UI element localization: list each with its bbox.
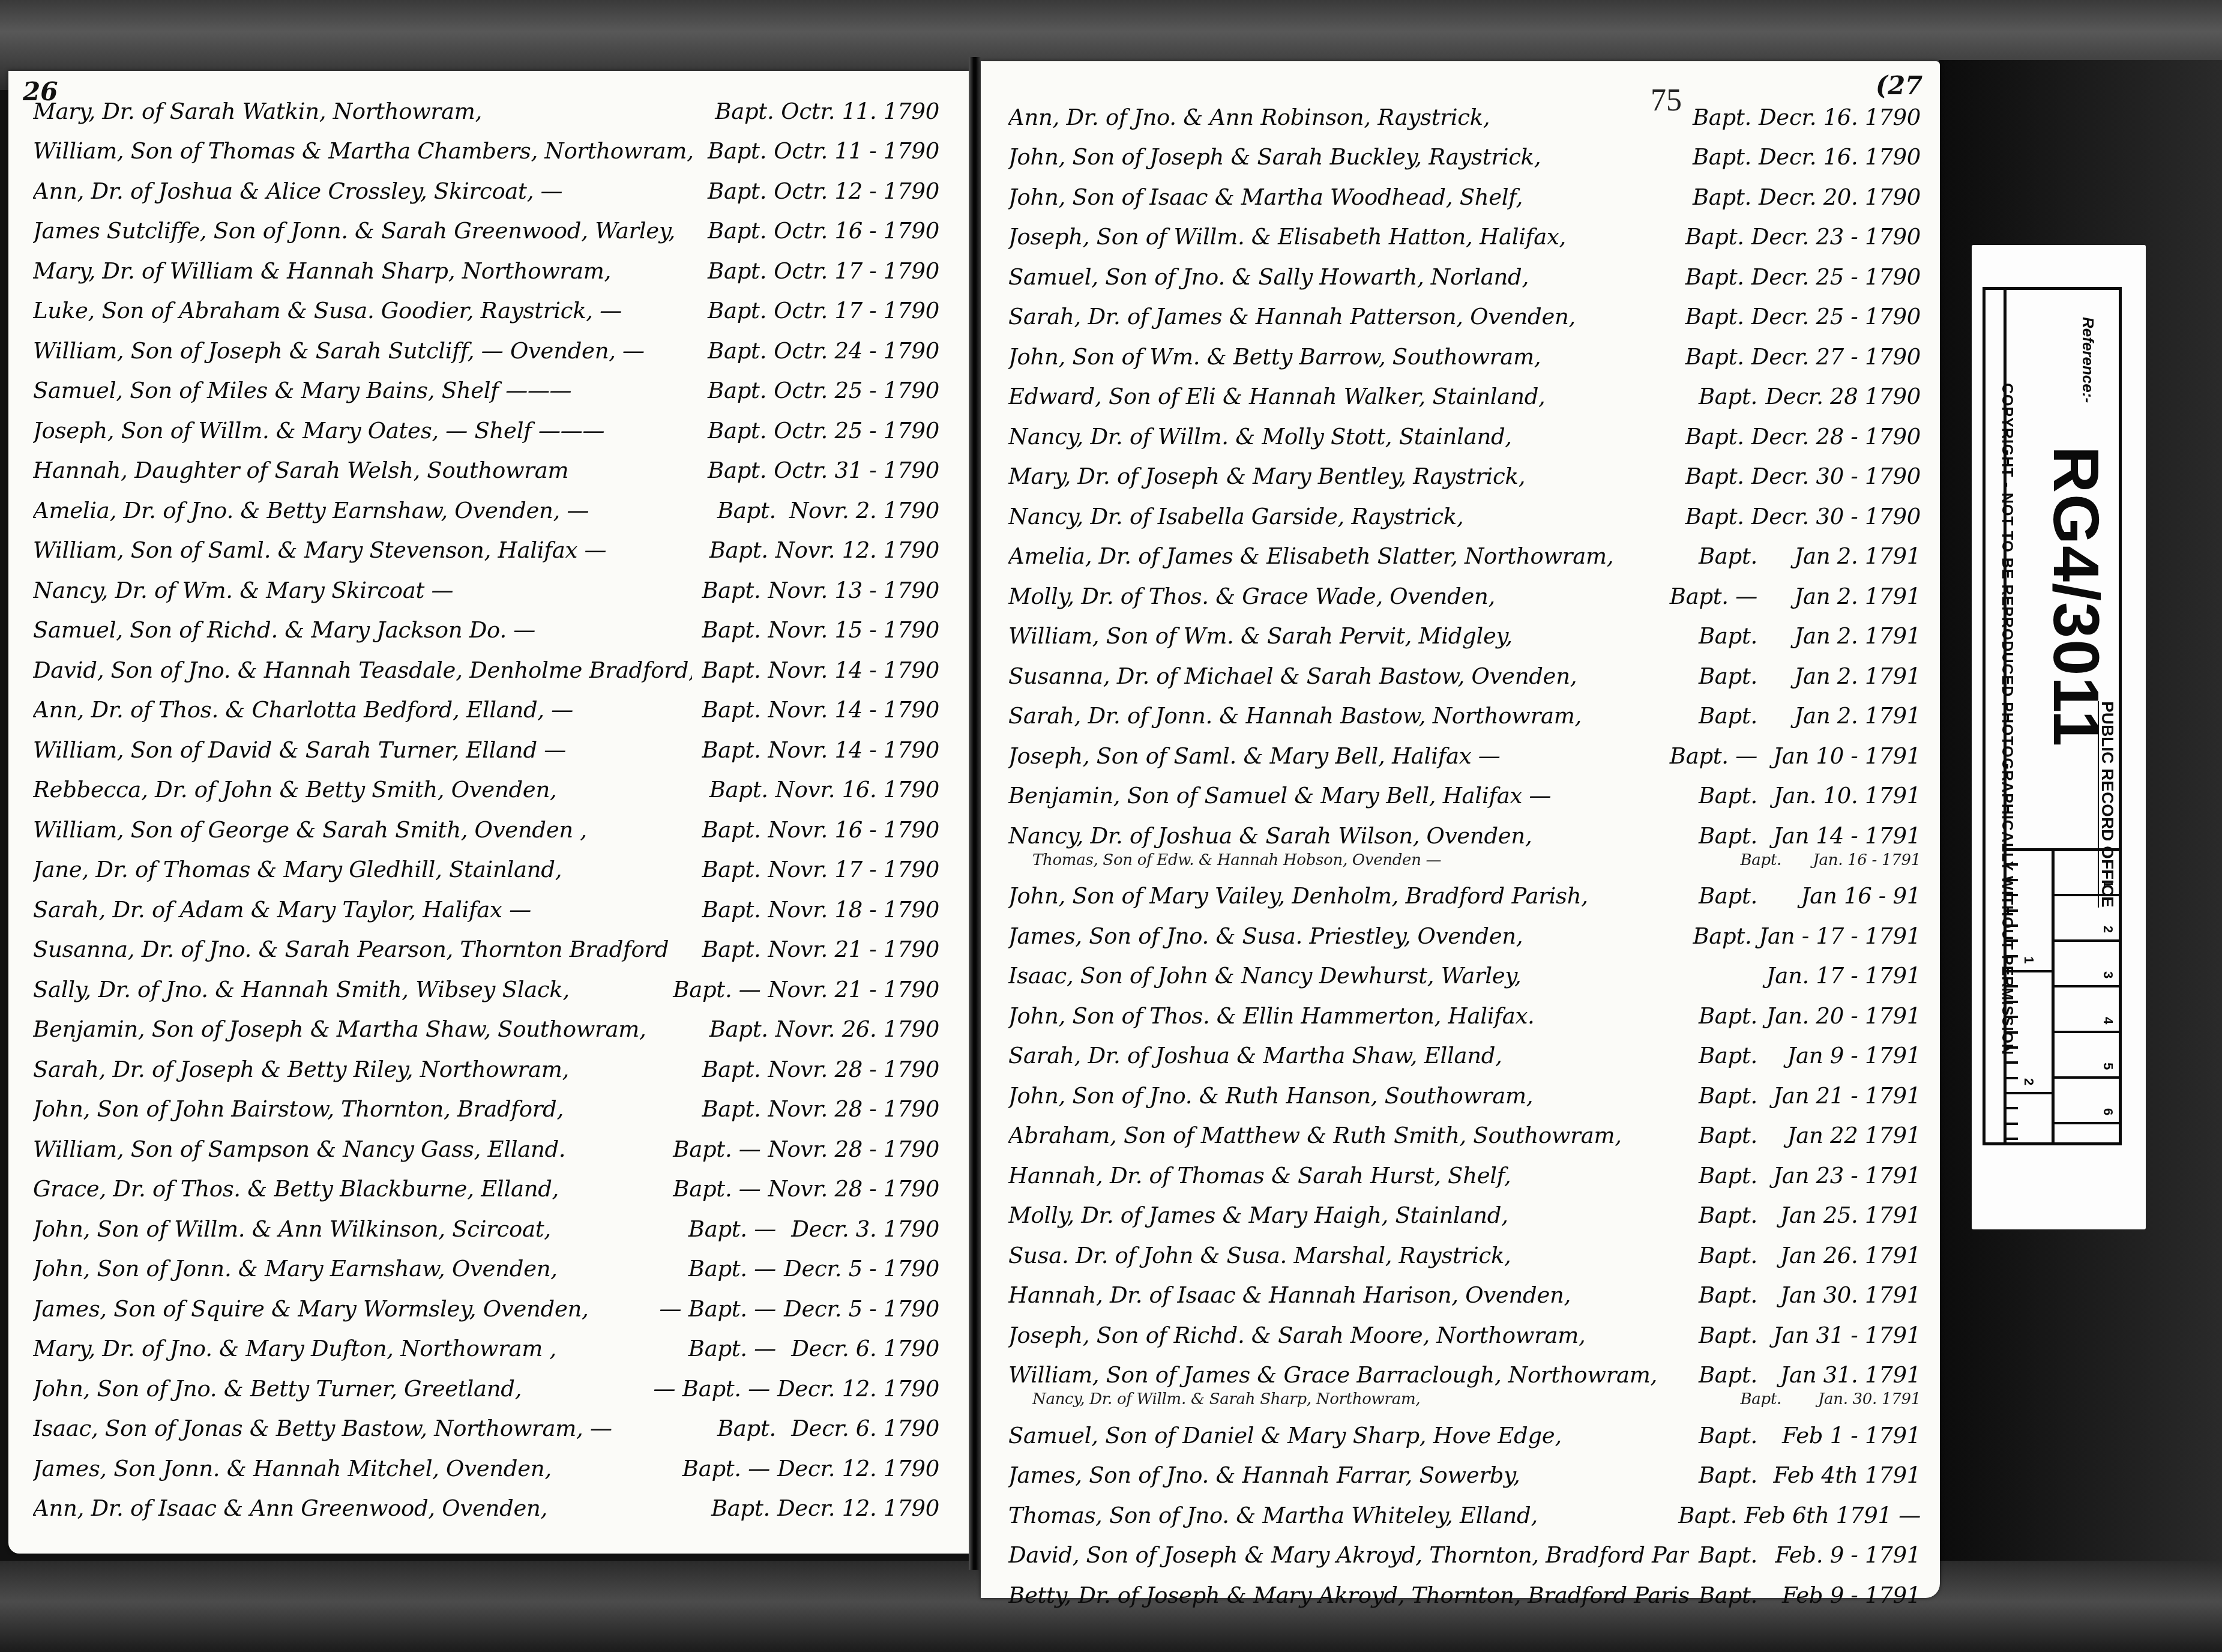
register-entry: Joseph, Son of Richd. & Sarah Moore, Nor… <box>1008 1308 1921 1348</box>
baptized-label: Bapt. <box>708 457 766 483</box>
baptized-label: Bapt. <box>1685 344 1744 370</box>
entry-text: William, Son of Thomas & Martha Chambers… <box>33 138 698 164</box>
register-entry: William, Son of Thomas & Martha Chambers… <box>33 124 939 164</box>
baptized-label: Bapt. <box>708 378 766 403</box>
baptism-date: Novr. 2. 1790 <box>783 498 939 523</box>
entry-text: Edward, Son of Eli & Hannah Walker, Stai… <box>1008 384 1689 409</box>
register-entry: Ann, Dr. of Isaac & Ann Greenwood, Ovend… <box>33 1482 939 1522</box>
baptism-date: Decr. 6. 1790 <box>783 1336 939 1361</box>
register-entry: William, Son of George & Sarah Smith, Ov… <box>33 803 939 843</box>
entry-text: Isaac, Son of Jonas & Betty Bastow, Nort… <box>33 1415 708 1441</box>
baptized-label: Bapt. <box>1699 1003 1757 1029</box>
baptized-label: Bapt. <box>1693 104 1751 130</box>
entry-text: Rebbecca, Dr. of John & Betty Smith, Ove… <box>33 777 700 803</box>
baptism-date: Jan 2. 1791 <box>1765 703 1921 729</box>
ruler-minor-tick <box>2004 1123 2018 1125</box>
register-entry: Betty, Dr. of Joseph & Mary Akroyd, Thor… <box>1008 1568 1921 1608</box>
register-entry: Joseph, Son of Willm. & Mary Oates, — Sh… <box>33 403 939 444</box>
baptism-date: Jan 30. 1791 <box>1765 1282 1921 1308</box>
baptism-date: Jan. 10. 1791 <box>1765 783 1921 809</box>
entry-text: John, Son of Jno. & Ruth Hanson, Southow… <box>1008 1083 1689 1109</box>
baptism-date: Octr. 17 - 1790 <box>774 298 939 324</box>
entry-text: Nancy, Dr. of Joshua & Sarah Wilson, Ove… <box>1008 823 1689 849</box>
baptized-label: Bapt. <box>711 1495 770 1521</box>
baptized-label: Bapt. <box>702 1057 760 1082</box>
baptized-label: Bapt. — <box>688 1216 776 1242</box>
entry-text: Benjamin, Son of Samuel & Mary Bell, Hal… <box>1008 783 1689 809</box>
baptized-label: Bapt. <box>708 298 766 324</box>
entry-text: Grace, Dr. of Thos. & Betty Blackburne, … <box>33 1176 663 1202</box>
entry-text: Luke, Son of Abraham & Susa. Goodier, Ra… <box>33 298 698 324</box>
entry-text: William, Son of Saml. & Mary Stevenson, … <box>33 537 700 563</box>
baptism-date: Novr. 14 - 1790 <box>768 697 939 723</box>
register-entry: John, Son of Willm. & Ann Wilkinson, Sci… <box>33 1202 939 1242</box>
baptized-label: Bapt. <box>1685 224 1744 250</box>
baptism-date: Octr. 11 - 1790 <box>774 138 939 164</box>
baptism-date: Novr. 28 - 1790 <box>768 1136 939 1162</box>
baptized-label: Bapt. <box>702 1096 760 1122</box>
entry-text: Sarah, Dr. of Adam & Mary Taylor, Halifa… <box>33 897 692 923</box>
baptized-label: Bapt. <box>708 258 766 284</box>
register-entry: Mary, Dr. of Sarah Watkin, Northowram,Ba… <box>33 84 939 124</box>
register-entry: Molly, Dr. of Thos. & Grace Wade, Ovende… <box>1008 569 1921 609</box>
ruler-minor-tick <box>2004 1031 2018 1034</box>
baptized-label: Bapt. <box>1685 504 1744 529</box>
ruler-minor-tick <box>2004 1046 2018 1049</box>
register-entry: Susanna, Dr. of Jno. & Sarah Pearson, Th… <box>33 923 939 963</box>
baptism-date: Feb 6th 1791 — <box>1744 1503 1921 1528</box>
baptism-date: Jan 2. 1791 <box>1765 663 1921 689</box>
baptized-label: Bapt. <box>1699 1542 1757 1568</box>
baptism-date: Decr. 16. 1790 <box>1759 104 1921 130</box>
register-entry: Sarah, Dr. of Joshua & Martha Shaw, Ella… <box>1008 1029 1921 1069</box>
baptized-label: Bapt. <box>1699 1322 1757 1348</box>
baptism-date: Novr. 28 - 1790 <box>768 1057 939 1082</box>
book-gutter <box>969 57 981 1570</box>
baptism-date: Octr. 31 - 1790 <box>774 457 939 483</box>
register-entry: Rebbecca, Dr. of John & Betty Smith, Ove… <box>33 763 939 803</box>
reference-caption: Reference:- <box>2079 317 2097 403</box>
register-entry: John, Son of Mary Vailey, Denholm, Bradf… <box>1008 869 1921 909</box>
baptism-date: Novr. 12. 1790 <box>775 537 939 563</box>
baptism-date: Decr. 25 - 1790 <box>1751 264 1921 290</box>
entry-text: Ann, Dr. of Jno. & Ann Robinson, Raystri… <box>1008 104 1683 130</box>
entry-text: Joseph, Son of Willm. & Mary Oates, — Sh… <box>33 418 698 444</box>
ruler-cm-label: 4 <box>2100 1017 2116 1024</box>
entry-text: William, Son of James & Grace Barracloug… <box>1008 1362 1689 1388</box>
baptism-date: Novr. 21 - 1790 <box>768 936 939 962</box>
entry-text: Hannah, Dr. of Isaac & Hannah Harison, O… <box>1008 1282 1689 1308</box>
register-entry: Ann, Dr. of Joshua & Alice Crossley, Ski… <box>33 164 939 204</box>
baptized-label: Bapt. <box>708 138 766 164</box>
baptized-label: Bapt. — <box>682 1456 770 1482</box>
entry-text: John, Son of Mary Vailey, Denholm, Bradf… <box>1008 883 1689 909</box>
register-entry: William, Son of Sampson & Nancy Gass, El… <box>33 1122 939 1162</box>
register-entry: Samuel, Son of Miles & Mary Bains, Shelf… <box>33 364 939 404</box>
baptized-label: Bapt. <box>1693 144 1751 170</box>
register-entry: Nancy, Dr. of Willm. & Sarah Sharp, Nort… <box>1008 1388 1921 1408</box>
entry-text: Amelia, Dr. of Jno. & Betty Earnshaw, Ov… <box>33 498 708 523</box>
entry-text: Nancy, Dr. of Isabella Garside, Raystric… <box>1008 504 1676 529</box>
baptism-date: Jan. 17 - 1791 <box>1765 963 1921 989</box>
baptism-date: Novr. 28 - 1790 <box>768 1096 939 1122</box>
baptized-label: Bapt. <box>1699 1582 1757 1608</box>
baptized-label: Bapt. <box>702 936 760 962</box>
baptized-label: Bapt. <box>1699 1123 1757 1148</box>
entry-text: Susa. Dr. of John & Susa. Marshal, Rayst… <box>1008 1243 1689 1268</box>
register-entry: Joseph, Son of Willm. & Elisabeth Hatton… <box>1008 210 1921 250</box>
baptized-label: Bapt. <box>1699 823 1757 849</box>
ruler-cm-tick <box>2052 985 2122 987</box>
entry-text: James, Son of Squire & Mary Wormsley, Ov… <box>33 1296 650 1322</box>
ruler-cm-tick <box>2052 1076 2122 1079</box>
ruler-divider <box>2052 848 2055 1145</box>
baptism-date: Decr. 25 - 1790 <box>1751 304 1921 330</box>
baptized-label: — Bapt. — <box>654 1376 770 1402</box>
baptism-date: Novr. 18 - 1790 <box>768 897 939 923</box>
ruler-cm-label: 1 <box>2100 880 2116 887</box>
baptized-label: Bapt. — <box>673 1136 760 1162</box>
register-entry: David, Son of Joseph & Mary Akroyd, Thor… <box>1008 1528 1921 1569</box>
baptized-label: Bapt. <box>1685 304 1744 330</box>
register-entry: Isaac, Son of Jonas & Betty Bastow, Nort… <box>33 1402 939 1442</box>
baptism-date: Octr. 12 - 1790 <box>774 178 939 204</box>
entry-text: John, Son of Joseph & Sarah Buckley, Ray… <box>1008 144 1683 170</box>
baptism-date: Jan 16 - 91 <box>1765 883 1921 909</box>
baptized-label: — Bapt. — <box>660 1296 776 1322</box>
baptized-label: Bapt. <box>1678 1503 1737 1528</box>
baptism-date: Novr. 16. 1790 <box>775 777 939 803</box>
baptized-label: Bapt. <box>708 218 766 244</box>
register-entry: Samuel, Son of Jno. & Sally Howarth, Nor… <box>1008 250 1921 290</box>
register-entry: Ann, Dr. of Jno. & Ann Robinson, Raystri… <box>1008 90 1921 130</box>
entry-text: Benjamin, Son of Joseph & Martha Shaw, S… <box>33 1016 700 1042</box>
register-entry: Susanna, Dr. of Michael & Sarah Bastow, … <box>1008 649 1921 689</box>
entry-text: William, Son of George & Sarah Smith, Ov… <box>33 817 692 843</box>
register-entry: Samuel, Son of Daniel & Mary Sharp, Hove… <box>1008 1408 1921 1449</box>
entry-text: John, Son of Isaac & Martha Woodhead, Sh… <box>1008 184 1683 210</box>
register-entry: James, Son of Squire & Mary Wormsley, Ov… <box>33 1282 939 1322</box>
entry-text: Jane, Dr. of Thomas & Mary Gledhill, Sta… <box>33 857 692 882</box>
entry-text: Betty, Dr. of Joseph & Mary Akroyd, Thor… <box>1008 1582 1689 1608</box>
entry-text: Nancy, Dr. of Willm. & Sarah Sharp, Nort… <box>1032 1390 1731 1408</box>
register-entry: Hannah, Dr. of Isaac & Hannah Harison, O… <box>1008 1268 1921 1309</box>
baptized-label: Bapt. — <box>1670 583 1757 609</box>
baptized-label: Bapt. — <box>688 1256 776 1282</box>
register-entry: Thomas, Son of Edw. & Hannah Hobson, Ove… <box>1008 849 1921 869</box>
baptism-date: Jan 31 - 1791 <box>1765 1322 1921 1348</box>
right-page-entries: Ann, Dr. of Jno. & Ann Robinson, Raystri… <box>1008 90 1921 1608</box>
baptism-date: Jan. 30. 1791 <box>1789 1390 1921 1408</box>
entry-text: Mary, Dr. of Jno. & Mary Dufton, Northow… <box>33 1336 679 1361</box>
baptism-date: Decr. 23 - 1790 <box>1751 224 1921 250</box>
register-entry: Luke, Son of Abraham & Susa. Goodier, Ra… <box>33 284 939 324</box>
register-entry: Ann, Dr. of Thos. & Charlotta Bedford, E… <box>33 683 939 723</box>
baptism-date: Novr. 14 - 1790 <box>768 657 939 683</box>
register-entry: John, Son of Isaac & Martha Woodhead, Sh… <box>1008 170 1921 210</box>
baptism-date: Jan 2. 1791 <box>1765 543 1921 569</box>
baptized-label: Bapt. <box>1699 1282 1757 1308</box>
baptism-date: Jan 23 - 1791 <box>1765 1163 1921 1189</box>
ruler-minor-tick <box>2004 1077 2018 1079</box>
baptism-date: Jan 2. 1791 <box>1765 623 1921 649</box>
baptism-date: Feb 4th 1791 <box>1765 1462 1921 1488</box>
ruler-minor-tick <box>2004 1001 2018 1003</box>
register-entry: David, Son of Jno. & Hannah Teasdale, De… <box>33 643 939 683</box>
register-entry: Isaac, Son of John & Nancy Dewhurst, War… <box>1008 949 1921 989</box>
register-entry: Mary, Dr. of Jno. & Mary Dufton, Northow… <box>33 1322 939 1362</box>
baptized-label: Bapt. <box>709 537 768 563</box>
baptized-label: Bapt. <box>709 777 768 803</box>
baptism-date: Novr. 16 - 1790 <box>768 817 939 843</box>
register-entry: William, Son of Joseph & Sarah Sutcliff,… <box>33 324 939 364</box>
baptism-date: Decr. 5 - 1790 <box>783 1256 939 1282</box>
baptism-date: Jan 9 - 1791 <box>1765 1043 1921 1069</box>
baptized-label: Bapt. <box>1699 1362 1757 1388</box>
baptized-label: Bapt. — <box>673 977 760 1002</box>
baptized-label: Bapt. <box>702 737 760 763</box>
ruler-cm-tick <box>2052 939 2122 942</box>
ruler-minor-tick <box>2004 909 2018 912</box>
baptism-date: Jan - 17 - 1791 <box>1759 923 1921 949</box>
baptized-label: Bapt. <box>1741 1390 1781 1408</box>
ruler-minor-tick <box>2004 1138 2018 1140</box>
entry-text: Sarah, Dr. of Joshua & Martha Shaw, Ella… <box>1008 1043 1689 1069</box>
baptism-date: Novr. 26. 1790 <box>775 1016 939 1042</box>
baptized-label: Bapt. <box>1699 883 1757 909</box>
baptized-label: Bapt. <box>1699 1462 1757 1488</box>
register-entry: James, Son Jonn. & Hannah Mitchel, Ovend… <box>33 1441 939 1482</box>
baptism-date: Jan 25. 1791 <box>1765 1202 1921 1228</box>
register-entry: Grace, Dr. of Thos. & Betty Blackburne, … <box>33 1162 939 1202</box>
baptized-label: Bapt. <box>717 1415 776 1441</box>
register-entry: John, Son of John Bairstow, Thornton, Br… <box>33 1082 939 1123</box>
baptism-date: Decr. 30 - 1790 <box>1751 463 1921 489</box>
entry-text: Thomas, Son of Edw. & Hannah Hobson, Ove… <box>1032 851 1731 869</box>
register-entry: Sarah, Dr. of Jonn. & Hannah Bastow, Nor… <box>1008 689 1921 729</box>
register-entry: Benjamin, Son of Joseph & Martha Shaw, S… <box>33 1002 939 1043</box>
ruler-minor-tick <box>2004 1016 2018 1018</box>
register-entry: Edward, Son of Eli & Hannah Walker, Stai… <box>1008 370 1921 410</box>
ruler-minor-tick <box>2004 939 2018 942</box>
ruler-top-edge <box>2004 848 2122 851</box>
register-entry: Amelia, Dr. of James & Elisabeth Slatter… <box>1008 529 1921 570</box>
entry-text: Mary, Dr. of William & Hannah Sharp, Nor… <box>33 258 698 284</box>
baptism-date: Jan 21 - 1791 <box>1765 1083 1921 1109</box>
baptism-date: Jan 22 1791 <box>1765 1123 1921 1148</box>
entry-text: Susanna, Dr. of Jno. & Sarah Pearson, Th… <box>33 936 692 962</box>
register-entry: Amelia, Dr. of Jno. & Betty Earnshaw, Ov… <box>33 483 939 523</box>
ruler-cm-tick <box>2052 1031 2122 1033</box>
entry-text: Mary, Dr. of Joseph & Mary Bentley, Rays… <box>1008 463 1676 489</box>
entry-text: Joseph, Son of Richd. & Sarah Moore, Nor… <box>1008 1322 1689 1348</box>
register-entry: William, Son of David & Sarah Turner, El… <box>33 723 939 763</box>
register-entry: Hannah, Dr. of Thomas & Sarah Hurst, She… <box>1008 1148 1921 1189</box>
register-entry: John, Son of Wm. & Betty Barrow, Southow… <box>1008 330 1921 370</box>
baptized-label: Bapt. — <box>688 1336 776 1361</box>
ruler-cm-tick <box>2052 894 2122 896</box>
entry-text: Samuel, Son of Richd. & Mary Jackson Do.… <box>33 617 692 643</box>
baptized-label: Bapt. <box>1699 1243 1757 1268</box>
baptism-date: Octr. 25 - 1790 <box>774 378 939 403</box>
ruler-inch-tick <box>2004 1092 2052 1094</box>
baptized-label: Bapt. — <box>673 1176 760 1202</box>
scale-ruler: 12345612 <box>2004 848 2122 1145</box>
baptized-label: Bapt. <box>1699 1163 1757 1189</box>
baptism-date: Feb 9 - 1791 <box>1765 1582 1921 1608</box>
register-entry: John, Son of Joseph & Sarah Buckley, Ray… <box>1008 130 1921 170</box>
ruler-minor-tick <box>2004 955 2018 957</box>
register-entry: William, Son of Saml. & Mary Stevenson, … <box>33 523 939 564</box>
ruler-cm-tick <box>2052 1122 2122 1124</box>
baptized-label: Bapt. <box>717 498 776 523</box>
entry-text: John, Son of Thos. & Ellin Hammerton, Ha… <box>1008 1003 1689 1029</box>
baptized-label: Bapt. <box>1699 663 1757 689</box>
baptized-label: Bapt. <box>702 897 760 923</box>
entry-text: Mary, Dr. of Sarah Watkin, Northowram, <box>33 98 705 124</box>
register-entry: Sally, Dr. of Jno. & Hannah Smith, Wibse… <box>33 962 939 1002</box>
baptism-date: Decr. 27 - 1790 <box>1751 344 1921 370</box>
baptism-date: Novr. 17 - 1790 <box>768 857 939 882</box>
baptized-label: Bapt. <box>1693 184 1751 210</box>
baptism-date: Jan 2. 1791 <box>1765 583 1921 609</box>
entry-text: William, Son of David & Sarah Turner, El… <box>33 737 692 763</box>
ruler-minor-tick <box>2004 1107 2018 1109</box>
baptized-label: Bapt. <box>1699 384 1757 409</box>
register-entry: John, Son of Jonn. & Mary Earnshaw, Oven… <box>33 1242 939 1282</box>
ruler-cm-label: 2 <box>2100 926 2116 933</box>
entry-text: Amelia, Dr. of James & Elisabeth Slatter… <box>1008 543 1689 569</box>
ruler-minor-tick <box>2004 863 2018 866</box>
register-entry: Joseph, Son of Saml. & Mary Bell, Halifa… <box>1008 729 1921 769</box>
entry-text: Sarah, Dr. of Joseph & Betty Riley, Nort… <box>33 1057 692 1082</box>
register-entry: John, Son of Thos. & Ellin Hammerton, Ha… <box>1008 989 1921 1029</box>
baptized-label: Bapt. <box>1699 703 1757 729</box>
baptized-label: Bapt. <box>702 657 760 683</box>
ruler-inch-tick <box>2004 970 2052 972</box>
entry-text: John, Son of Willm. & Ann Wilkinson, Sci… <box>33 1216 679 1242</box>
register-entry: John, Son of Jno. & Betty Turner, Greetl… <box>33 1361 939 1402</box>
baptized-label: Bapt. <box>1699 1043 1757 1069</box>
baptized-label: Bapt. <box>1685 463 1744 489</box>
baptized-label: Bapt. — <box>1670 743 1757 769</box>
baptism-date: Decr. 12. 1790 <box>777 1495 939 1521</box>
entry-text: Nancy, Dr. of Willm. & Molly Stott, Stai… <box>1008 424 1676 450</box>
entry-text: James, Son of Jno. & Susa. Priestley, Ov… <box>1008 923 1683 949</box>
entry-text: Hannah, Dr. of Thomas & Sarah Hurst, She… <box>1008 1163 1689 1189</box>
baptized-label: Bapt. <box>708 178 766 204</box>
baptized-label: Bapt. <box>1699 623 1757 649</box>
ruler-cm-label: 3 <box>2100 971 2116 978</box>
entry-text: James, Son of Jno. & Hannah Farrar, Sowe… <box>1008 1462 1689 1488</box>
ruler-minor-tick <box>2004 1061 2018 1064</box>
entry-text: Molly, Dr. of Thos. & Grace Wade, Ovende… <box>1008 583 1660 609</box>
register-entry: James, Son of Jno. & Susa. Priestley, Ov… <box>1008 909 1921 949</box>
baptized-label: Bapt. <box>1685 424 1744 450</box>
register-entry: Sarah, Dr. of Adam & Mary Taylor, Halifa… <box>33 882 939 923</box>
baptism-date: Decr. 3. 1790 <box>783 1216 939 1242</box>
baptism-date: Novr. 21 - 1790 <box>768 977 939 1002</box>
register-entry: Benjamin, Son of Samuel & Mary Bell, Hal… <box>1008 769 1921 809</box>
ruler-inch-label: 1 <box>2021 956 2037 963</box>
baptized-label: Bapt. <box>1699 1083 1757 1109</box>
entry-text: David, Son of Jno. & Hannah Teasdale, De… <box>33 657 692 683</box>
baptism-date: Decr. 28 - 1790 <box>1751 424 1921 450</box>
baptism-date: Novr. 13 - 1790 <box>768 577 939 603</box>
baptism-date: Octr. 16 - 1790 <box>774 218 939 244</box>
baptized-label: Bapt. <box>1699 783 1757 809</box>
baptism-date: Octr. 17 - 1790 <box>774 258 939 284</box>
register-entry: John, Son of Jno. & Ruth Hanson, Southow… <box>1008 1069 1921 1109</box>
baptism-date: Jan 26. 1791 <box>1765 1243 1921 1268</box>
register-entry: Abraham, Son of Matthew & Ruth Smith, So… <box>1008 1109 1921 1149</box>
baptism-date: Novr. 14 - 1790 <box>768 737 939 763</box>
baptism-date: Feb. 9 - 1791 <box>1765 1542 1921 1568</box>
baptism-date: Decr. 6. 1790 <box>783 1415 939 1441</box>
baptism-date: Jan 31. 1791 <box>1765 1362 1921 1388</box>
register-entry: James Sutcliffe, Son of Jonn. & Sarah Gr… <box>33 204 939 244</box>
ruler-cm-label: 6 <box>2100 1108 2116 1115</box>
baptized-label: Bapt. <box>708 338 766 364</box>
entry-text: Sarah, Dr. of James & Hannah Patterson, … <box>1008 304 1676 330</box>
register-entry: Mary, Dr. of Joseph & Mary Bentley, Rays… <box>1008 450 1921 490</box>
ruler-minor-tick <box>2004 924 2018 927</box>
baptized-label: Bapt. <box>1699 1202 1757 1228</box>
baptism-date: Jan 14 - 1791 <box>1765 823 1921 849</box>
entry-text: John, Son of Wm. & Betty Barrow, Southow… <box>1008 344 1676 370</box>
register-entry: William, Son of Wm. & Sarah Pervit, Midg… <box>1008 609 1921 650</box>
register-entry: Sarah, Dr. of James & Hannah Patterson, … <box>1008 290 1921 330</box>
entry-text: Hannah, Daughter of Sarah Welsh, Southow… <box>33 457 698 483</box>
entry-text: Nancy, Dr. of Wm. & Mary Skircoat — <box>33 577 692 603</box>
entry-text: Sally, Dr. of Jno. & Hannah Smith, Wibse… <box>33 977 663 1002</box>
register-entry: Nancy, Dr. of Isabella Garside, Raystric… <box>1008 489 1921 529</box>
baptized-label: Bapt. <box>715 98 774 124</box>
register-entry: Nancy, Dr. of Willm. & Molly Stott, Stai… <box>1008 409 1921 450</box>
entry-text: William, Son of Joseph & Sarah Sutcliff,… <box>33 338 698 364</box>
baptism-date: Decr. 30 - 1790 <box>1751 504 1921 529</box>
register-entry: Samuel, Son of Richd. & Mary Jackson Do.… <box>33 603 939 644</box>
register-entry: William, Son of James & Grace Barracloug… <box>1008 1348 1921 1388</box>
register-entry: James, Son of Jno. & Hannah Farrar, Sowe… <box>1008 1449 1921 1489</box>
ruler-minor-tick <box>2004 985 2018 987</box>
baptism-date: Decr. 12. 1790 <box>777 1456 939 1482</box>
entry-text: Joseph, Son of Saml. & Mary Bell, Halifa… <box>1008 743 1660 769</box>
entry-text: James, Son Jonn. & Hannah Mitchel, Ovend… <box>33 1456 673 1482</box>
entry-text: Joseph, Son of Willm. & Elisabeth Hatton… <box>1008 224 1676 250</box>
entry-text: Ann, Dr. of Isaac & Ann Greenwood, Ovend… <box>33 1495 702 1521</box>
ruler-minor-tick <box>2004 894 2018 896</box>
baptism-date: Decr. 5 - 1790 <box>783 1296 939 1322</box>
baptized-label: Bapt. <box>709 1016 768 1042</box>
ruler-cm-label: 5 <box>2100 1063 2116 1070</box>
baptism-date: Decr. 20. 1790 <box>1759 184 1921 210</box>
baptism-date: Jan. 20 - 1791 <box>1765 1003 1921 1029</box>
baptized-label: Bapt. <box>702 697 760 723</box>
baptized-label: Bapt. <box>1699 1423 1757 1449</box>
baptism-date: Decr. 16. 1790 <box>1759 144 1921 170</box>
register-entry: Jane, Dr. of Thomas & Mary Gledhill, Sta… <box>33 843 939 883</box>
entry-text: Ann, Dr. of Joshua & Alice Crossley, Ski… <box>33 178 698 204</box>
baptized-label: Bapt. <box>702 857 760 882</box>
entry-text: Sarah, Dr. of Jonn. & Hannah Bastow, Nor… <box>1008 703 1689 729</box>
baptized-label: Bapt. <box>1741 851 1781 869</box>
entry-text: John, Son of John Bairstow, Thornton, Br… <box>33 1096 692 1122</box>
register-entry: Hannah, Daughter of Sarah Welsh, Southow… <box>33 444 939 484</box>
entry-text: Susanna, Dr. of Michael & Sarah Bastow, … <box>1008 663 1689 689</box>
baptized-label: Bapt. <box>702 577 760 603</box>
baptism-date: Novr. 28 - 1790 <box>768 1176 939 1202</box>
